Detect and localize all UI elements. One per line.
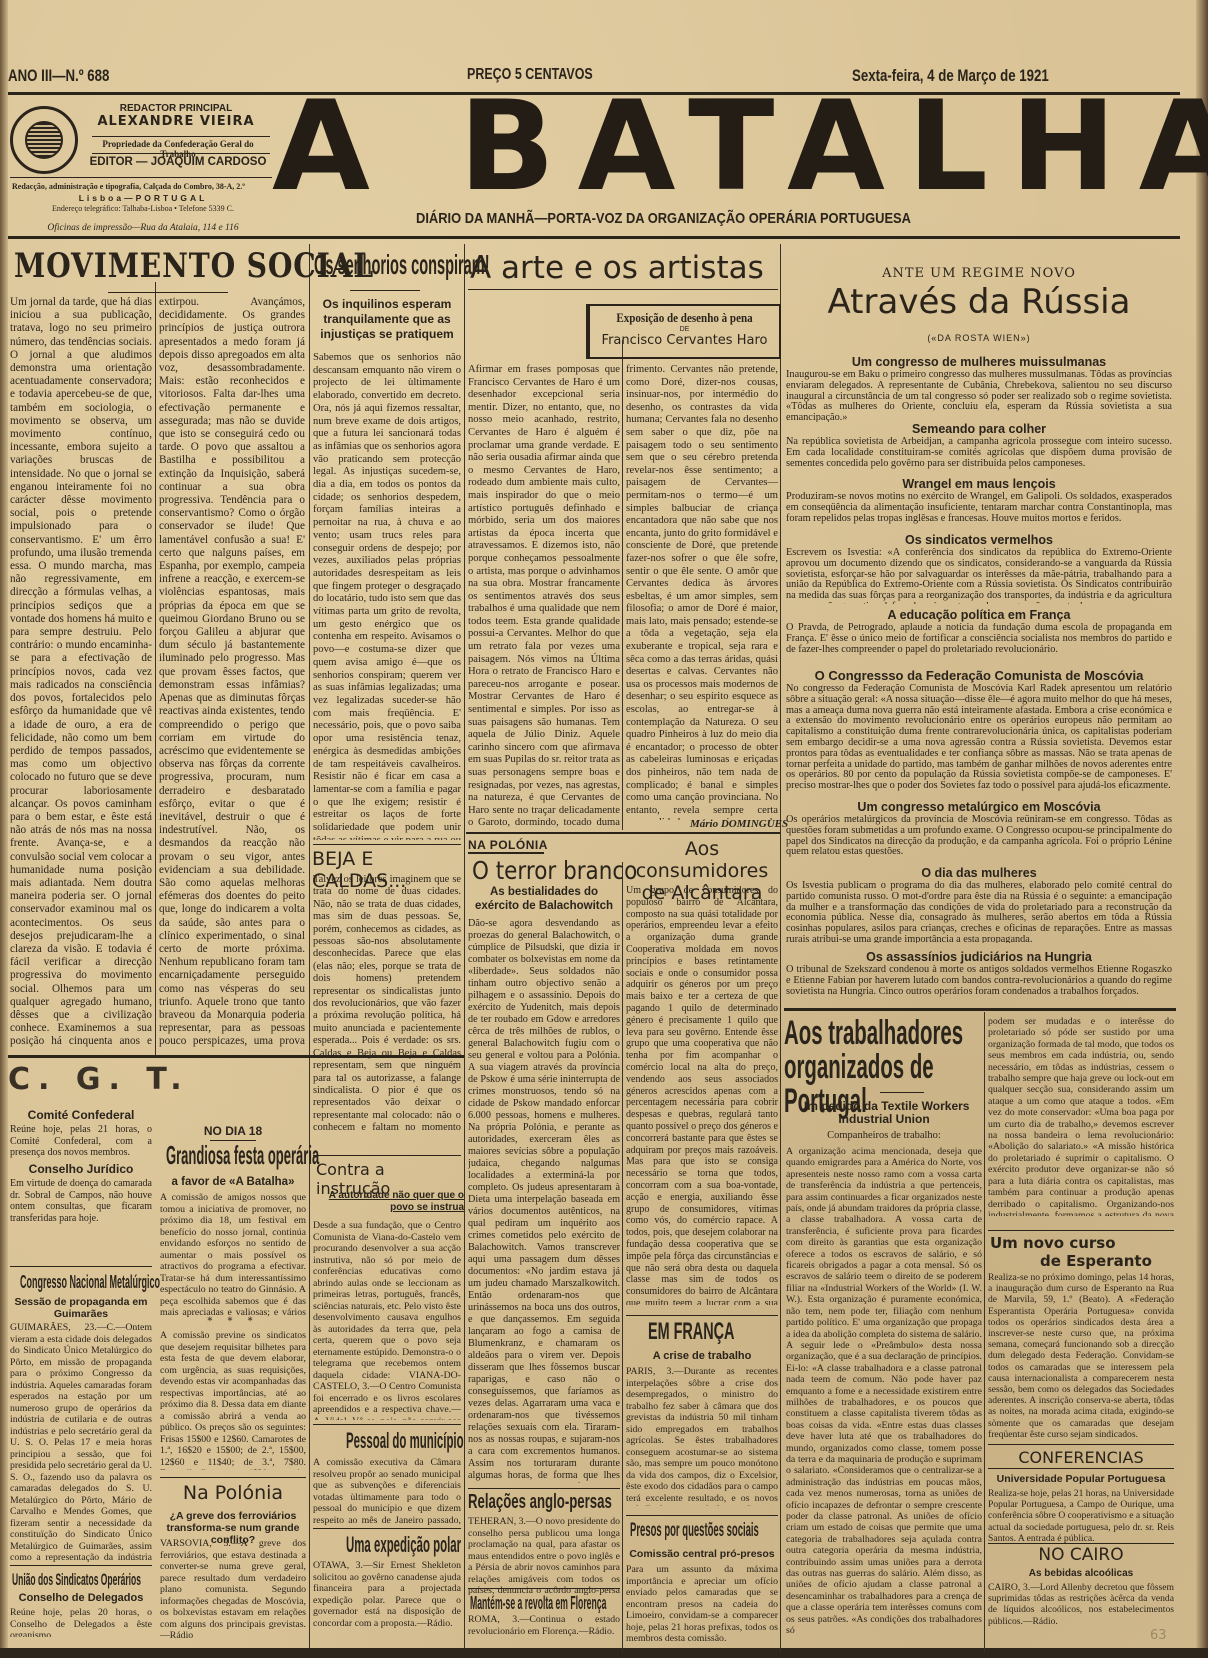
page-edge-left (0, 0, 8, 1658)
divider (466, 832, 780, 834)
headline-esperanto-1: Um novo curso (990, 1234, 1116, 1252)
subheadline-trabalhadores: Um pedido da Textile Workers Industrial … (784, 1100, 984, 1126)
section-body: No congresso da Federação Comunista de M… (786, 684, 1172, 794)
divider (92, 136, 270, 137)
divider (626, 1515, 778, 1516)
source-russia: («DA ROSTA WIEN») (784, 333, 1174, 343)
article-body-arte-col1: Afirmar em frases pomposas que Francisco… (468, 364, 620, 828)
article-body-trabalhadores-col2: podem ser mudadas e o interêsse do prole… (988, 1016, 1174, 1216)
divider (468, 1488, 620, 1489)
section-heading: Wrangel em maus lençois (784, 477, 1174, 491)
section-heading: Um congresso de mulheres muissulmanas (784, 355, 1174, 369)
headline-arte-artistas: A arte e os artistas (470, 250, 764, 286)
headline-cgt: C. G. T. (8, 1062, 190, 1097)
article-body-esperanto: Realiza-se no próximo domingo, pelas 14 … (988, 1272, 1174, 1442)
cgt-comite-heading: Comité Confederal (8, 1108, 154, 1122)
section-heading: Um congresso metalúrgico em Moscóvia (784, 800, 1174, 814)
column-rule (155, 282, 156, 1055)
headline-presos: Presos por questões sociais (630, 1520, 759, 1542)
article-body-na-polonia: VARSOVIA, 3.—A greve dos ferroviários, q… (160, 1538, 306, 1638)
divider (313, 1528, 461, 1529)
article-body-movimento-col2: extirpou. Avançámos, decididamente. Os g… (159, 296, 305, 1048)
issue-number: ANO III—N.º 688 (8, 66, 109, 86)
newspaper-page: ANO III—N.º 688 PREÇO 5 CENTAVOS Sexta-f… (0, 0, 1208, 1658)
headline-polar: Uma expedição polar (346, 1532, 461, 1558)
column-rule (984, 1012, 985, 1652)
divider (880, 1092, 924, 1093)
greeting-trabalhadores: Companheiros de trabalho: (784, 1130, 984, 1141)
exhibition-box: Exposição de desenho à pena DE Francisco… (586, 304, 781, 359)
section-stars: * * * (160, 1316, 306, 1327)
subheadline-em-franca: A crise de trabalho (624, 1350, 780, 1362)
headline-senhorios: Os senhorios conspiram! (314, 249, 490, 281)
article-body-florenca: ROMA, 3.—Continua o estado revolucionári… (468, 1614, 620, 1642)
divider (10, 1266, 152, 1267)
editor-line: EDITOR — JOAQUIM CARDOSO (86, 156, 270, 168)
subheadline-presos: Comissão central pró-presos (624, 1548, 780, 1560)
article-body-em-franca: PARIS, 3.—Durante as recentes interpelaç… (626, 1366, 778, 1506)
divider (988, 1468, 1174, 1469)
article-author: Mário DOMINGUES (690, 818, 788, 830)
headline-na-polonia: Na Polónia (158, 1482, 308, 1504)
kicker-russia: ANTE UM REGIME NOVO (784, 266, 1174, 281)
kicker-festa: NO DIA 18 (158, 1124, 308, 1138)
article-body-festa-2: A comissão previne os sindicatos que des… (160, 1330, 306, 1470)
divider (784, 1008, 1176, 1011)
divider (468, 289, 778, 290)
section-body: O tribunal de Szekszard condenou à morte… (786, 965, 1172, 1005)
article-body-alcantara: Um grupo de consumidores do populoso bai… (626, 885, 778, 1305)
cgt-seal-icon (10, 106, 78, 174)
section-heading: A educação política em França (784, 608, 1174, 622)
article-body-metalurgico: GUIMARÃES, 23.—C.—Ontem vieram a esta ci… (10, 1322, 152, 1562)
headline-festa: Grandiosa festa operária (166, 1140, 319, 1171)
headline-russia: Através da Rússia (784, 282, 1174, 322)
article-body-festa-1: A comissão de amigos nossos que tomou a … (160, 1192, 306, 1318)
newspaper-subtitle: DIÁRIO DA MANHÃ—PORTA-VOZ DA ORGANIZAÇÃO… (416, 210, 911, 227)
article-body-senhorios: Sabemos que os senhorios não descansam e… (313, 352, 461, 840)
divider (313, 1155, 461, 1156)
cgt-comite-body: Reúne hoje, pelas 21 horas, o Comité Con… (10, 1124, 152, 1164)
exhibition-title: Exposição de desenho à pena (604, 310, 765, 326)
divider (988, 1444, 1174, 1445)
subheadline-senhorios: Os inquilinos esperam tranquilamente que… (312, 297, 462, 342)
divider (10, 177, 272, 178)
divider (350, 290, 420, 291)
divider (10, 1565, 152, 1566)
subheadline-festa: a favor de «A Batalha» (158, 1176, 308, 1188)
section-body: Escrevem os Isvestia: «A conferência dos… (786, 548, 1172, 604)
city-line: Lisboa—PORTUGAL (12, 193, 274, 203)
headline-cairo: NO CAIRO (988, 1545, 1174, 1565)
column-rule (622, 862, 623, 1652)
exhibition-artist: Francisco Cervantes Haro (590, 333, 779, 348)
section-heading: Os sindicatos vermelhos (784, 533, 1174, 547)
article-body-polar: OTAWA, 3.—Sir Ernest Shekleton solicitou… (313, 1560, 461, 1640)
masthead-bottom-rule (8, 236, 1180, 239)
section-body: Os Isvestia publicam o programa do dia d… (786, 881, 1172, 943)
redactor-name: ALEXANDRE VIEIRA (86, 114, 266, 129)
article-body-municipio: A comissão executiva da Câmara resolveu … (313, 1457, 461, 1527)
divider (988, 1543, 1174, 1544)
article-body-trabalhadores-col1: A organização acima mencionada, deseja q… (786, 1146, 982, 1644)
article-body-beja-caldas: Talvez os leitores imaginem que se trata… (313, 874, 461, 1136)
subheadline-instrucao: A autoridade não quer que o povo se inst… (312, 1190, 464, 1214)
headline-municipio: Pessoal do município (346, 1428, 464, 1454)
divider (313, 844, 461, 845)
address-line: Redacção, administração e tipografia, Ca… (12, 182, 274, 191)
telegraph-line: Endereço telegráfico: Talhaba-Lisboa • T… (12, 204, 274, 213)
headline-uniao: União dos Sindicatos Operários (12, 1570, 141, 1590)
column-rule (309, 244, 310, 1649)
subheadline-cairo: As bebidas alcoólicas (988, 1568, 1174, 1579)
cgt-conselho-heading: Conselho Jurídico (8, 1162, 154, 1176)
section-body: Na república sovietista de Arbeidjan, a … (786, 437, 1172, 477)
article-body-arte-col2: frimento. Cervantes não pretende, como D… (626, 364, 778, 820)
headline-terror-branco: O terror branco (472, 856, 637, 885)
article-body-movimento-col1: Um jornal da tarde, que há dias iniciou … (10, 296, 152, 1048)
page-mark: 63 (1150, 1628, 1167, 1643)
cgt-conselho-body: Em virtude de doença do camarada dr. Sob… (10, 1178, 152, 1226)
headline-em-franca: EM FRANÇA (648, 1318, 734, 1346)
column-rule (622, 340, 623, 830)
section-heading: O Congressso da Federação Comunista de M… (784, 668, 1174, 683)
divider (988, 1230, 1174, 1231)
headline-florenca: Mantém-se a revolta em Florença (470, 1593, 606, 1614)
headline-esperanto-2: de Esperanto (1040, 1252, 1152, 1270)
section-body: O Pravda, de Petrogrado, aplaude a notíc… (786, 623, 1172, 667)
section-body: Inaugurou-se em Baku o primeiro congress… (786, 370, 1172, 422)
column-rule (780, 244, 781, 1652)
printing-line: Oficinas de impressão—Rua da Atalaia, 11… (12, 223, 274, 233)
article-body-anglo-persas: TEHERAN, 3.—O novo presidente do conselh… (468, 1516, 620, 1598)
section-heading: Os assassínios judiciários na Hungria (784, 950, 1174, 964)
section-body: Produziram-se novos motins no exército d… (786, 492, 1172, 532)
subheadline-uniao: Conselho de Delegados (8, 1592, 154, 1604)
divider (108, 292, 228, 293)
headline-conferencias: CONFERENCIAS (988, 1448, 1174, 1467)
article-body-instrucao: Desde a sua fundação, que o Centro Comun… (313, 1220, 461, 1420)
section-heading: O dia das mulheres (784, 866, 1174, 880)
divider (160, 1477, 306, 1478)
subheadline-conferencias: Universidade Popular Portuguesa (988, 1473, 1174, 1485)
section-body: Os operários metalúrgicos da província d… (786, 815, 1172, 859)
divider (313, 1424, 461, 1425)
section-heading: Semeando para colher (784, 422, 1174, 436)
headline-metalurgico: Congresso Nacional Metalúrgico (20, 1272, 160, 1293)
divider (626, 1315, 778, 1316)
page-edge-bottom (0, 1648, 1208, 1658)
kicker-terror-branco: NA POLÓNIA (468, 838, 548, 852)
redactor-label: REDACTOR PRINCIPAL (86, 103, 266, 114)
column-rule (464, 244, 465, 1649)
subheadline-terror-branco: As bestialidades do exército de Balachow… (468, 885, 620, 913)
article-body-presos: Para um assunto da máxima importância e … (626, 1564, 778, 1642)
page-edge-right (1196, 0, 1208, 1658)
headline-anglo-persas: Relações anglo-persas (468, 1491, 612, 1514)
subheadline-metalurgico: Sessão de propaganda em Guimarães (8, 1296, 154, 1320)
exhibition-de: DE (590, 326, 779, 333)
newspaper-title: A BATALHA (272, 92, 1208, 202)
divider (8, 1055, 464, 1058)
divider (468, 852, 544, 854)
article-body-uniao: Reúne hoje, pelas 20 horas, o Conselho d… (10, 1607, 152, 1637)
article-body-terror-branco: Dão-se agora desvendando as proezas do g… (468, 918, 620, 1483)
divider (468, 1588, 620, 1589)
article-body-cairo: CAIRO, 3.—Lord Allenby decretou que fôss… (988, 1582, 1174, 1638)
divider (92, 153, 270, 154)
